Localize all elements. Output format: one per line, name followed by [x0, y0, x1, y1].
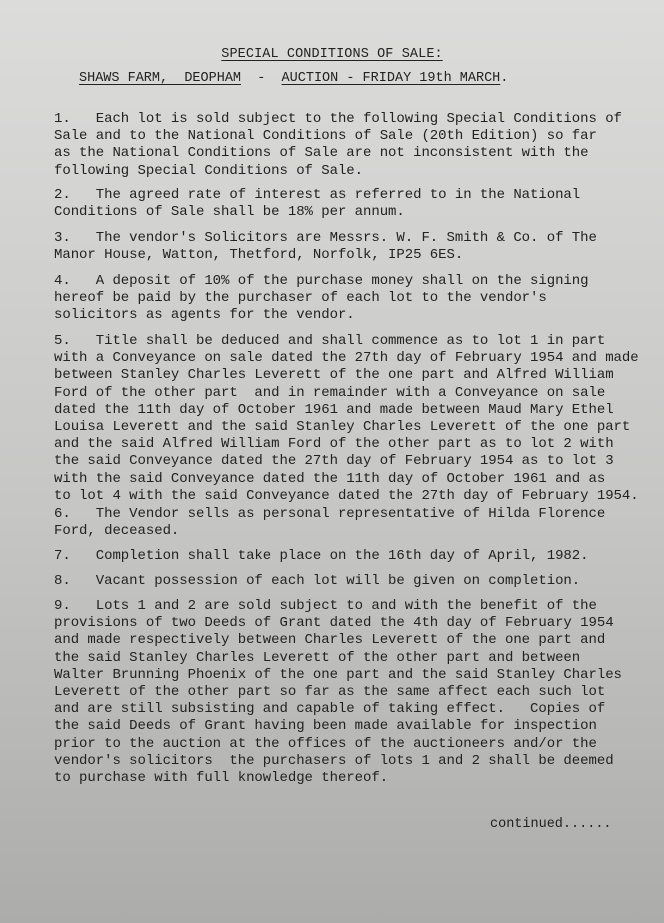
- condition-line: 2. The agreed rate of interest as referr…: [54, 187, 654, 204]
- condition-line: vendor's solicitors the purchasers of lo…: [54, 753, 654, 770]
- condition-1: 1. Each lot is sold subject to the follo…: [54, 111, 654, 180]
- condition-line: and the said Alfred William Ford of the …: [54, 436, 654, 453]
- condition-6: 6. The Vendor sells as personal represen…: [54, 506, 654, 540]
- condition-line: 7. Completion shall take place on the 16…: [54, 548, 654, 565]
- condition-line: Leverett of the other part so far as the…: [54, 684, 654, 701]
- document-page: SPECIAL CONDITIONS OF SALE: SHAWS FARM, …: [0, 0, 664, 923]
- condition-line: 9. Lots 1 and 2 are sold subject to and …: [54, 598, 654, 615]
- condition-line: provisions of two Deeds of Grant dated t…: [54, 615, 654, 632]
- condition-3: 3. The vendor's Solicitors are Messrs. W…: [54, 230, 654, 264]
- condition-line: 8. Vacant possession of each lot will be…: [54, 573, 654, 590]
- condition-line: Conditions of Sale shall be 18% per annu…: [54, 204, 654, 221]
- condition-line: Ford, deceased.: [54, 523, 654, 540]
- property-name: SHAWS FARM, DEOPHAM: [79, 71, 241, 86]
- condition-9: 9. Lots 1 and 2 are sold subject to and …: [54, 598, 654, 787]
- condition-line: 6. The Vendor sells as personal represen…: [54, 506, 654, 523]
- condition-line: the said Deeds of Grant having been made…: [54, 718, 654, 735]
- condition-line: Sale and to the National Conditions of S…: [54, 128, 654, 145]
- condition-line: Louisa Leverett and the said Stanley Cha…: [54, 419, 654, 436]
- condition-5: 5. Title shall be deduced and shall comm…: [54, 333, 654, 505]
- continued-note: continued......: [490, 817, 612, 832]
- condition-line: 4. A deposit of 10% of the purchase mone…: [54, 273, 654, 290]
- subtitle-end: .: [500, 71, 508, 86]
- condition-line: as the National Conditions of Sale are n…: [54, 145, 654, 162]
- condition-line: Ford of the other part and in remainder …: [54, 385, 654, 402]
- subtitle-separator: -: [241, 71, 282, 86]
- condition-line: 3. The vendor's Solicitors are Messrs. W…: [54, 230, 654, 247]
- document-title-text: SPECIAL CONDITIONS OF SALE:: [221, 47, 442, 62]
- condition-line: to lot 4 with the said Conveyance dated …: [54, 488, 654, 505]
- document-subtitle: SHAWS FARM, DEOPHAM - AUCTION - FRIDAY 1…: [79, 71, 508, 86]
- condition-line: Manor House, Watton, Thetford, Norfolk, …: [54, 247, 654, 264]
- condition-line: hereof be paid by the purchaser of each …: [54, 290, 654, 307]
- condition-line: dated the 11th day of October 1961 and m…: [54, 402, 654, 419]
- condition-line: the said Stanley Charles Leverett of the…: [54, 650, 654, 667]
- condition-4: 4. A deposit of 10% of the purchase mone…: [54, 273, 654, 325]
- condition-line: and made respectively between Charles Le…: [54, 632, 654, 649]
- auction-date: AUCTION - FRIDAY 19th MARCH: [282, 71, 501, 86]
- document-title: SPECIAL CONDITIONS OF SALE:: [0, 47, 664, 62]
- condition-line: the said Conveyance dated the 27th day o…: [54, 453, 654, 470]
- condition-line: and are still subsisting and capable of …: [54, 701, 654, 718]
- condition-line: with a Conveyance on sale dated the 27th…: [54, 350, 654, 367]
- condition-line: 1. Each lot is sold subject to the follo…: [54, 111, 654, 128]
- condition-8: 8. Vacant possession of each lot will be…: [54, 573, 654, 590]
- condition-line: Walter Brunning Phoenix of the one part …: [54, 667, 654, 684]
- condition-line: prior to the auction at the offices of t…: [54, 736, 654, 753]
- condition-line: between Stanley Charles Leverett of the …: [54, 367, 654, 384]
- condition-line: following Special Conditions of Sale.: [54, 163, 654, 180]
- condition-7: 7. Completion shall take place on the 16…: [54, 548, 654, 565]
- condition-line: to purchase with full knowledge thereof.: [54, 770, 654, 787]
- condition-line: solicitors as agents for the vendor.: [54, 307, 654, 324]
- condition-line: with the said Conveyance dated the 11th …: [54, 471, 654, 488]
- condition-line: 5. Title shall be deduced and shall comm…: [54, 333, 654, 350]
- condition-2: 2. The agreed rate of interest as referr…: [54, 187, 654, 221]
